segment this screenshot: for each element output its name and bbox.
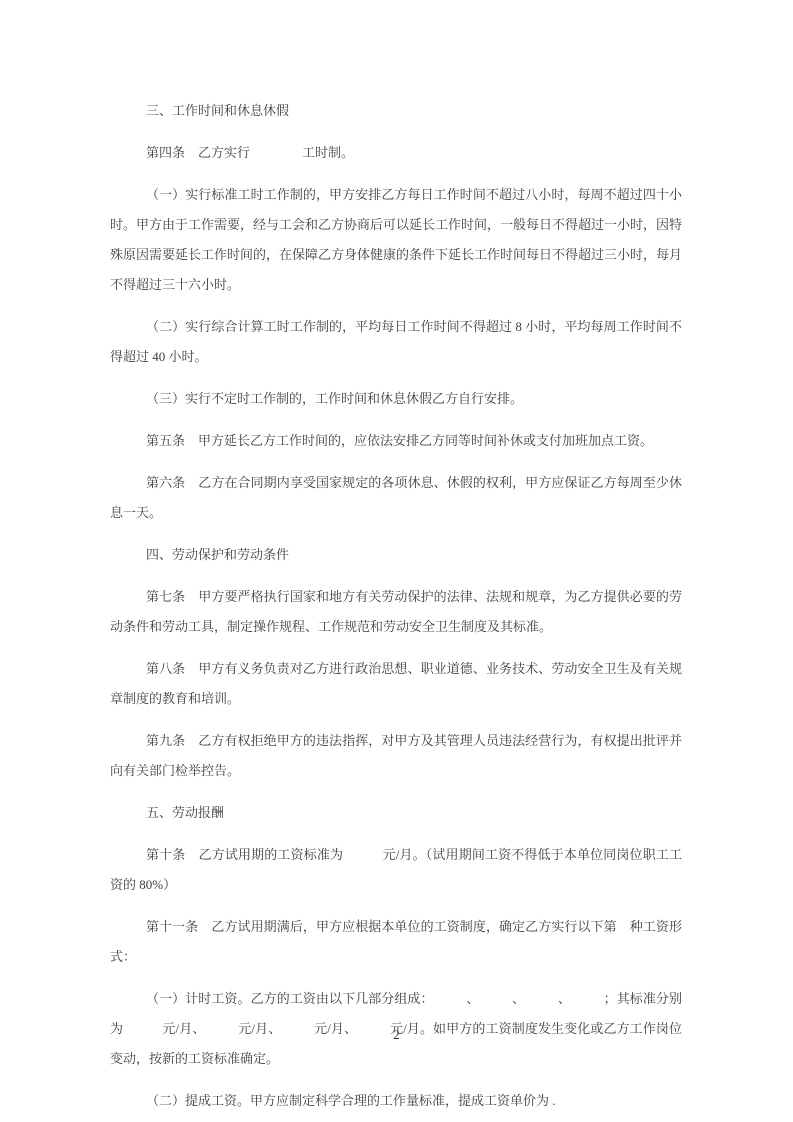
section-heading-labor-protection: 四、劳动保护和劳动条件: [110, 540, 682, 570]
clause-4: 第四条 乙方实行 工时制。: [110, 138, 682, 168]
clause-11-item-2: （二）提成工资。甲方应制定科学合理的工作量标准，提成工资单价为 .: [110, 1086, 682, 1116]
clause-6: 第六条 乙方在合同期内享受国家规定的各项休息、休假的权利，甲方应保证乙方每周至少…: [110, 468, 682, 528]
clause-9: 第九条 乙方有权拒绝甲方的违法指挥，对甲方及其管理人员违法经营行为，有权提出批评…: [110, 726, 682, 786]
document-body: 三、工作时间和休息休假 第四条 乙方实行 工时制。 （一）实行标准工时工作制的，…: [110, 96, 682, 1122]
section-heading-work-hours: 三、工作时间和休息休假: [110, 96, 682, 126]
clause-8: 第八条 甲方有义务负责对乙方进行政治思想、职业道德、业务技术、劳动安全卫生及有关…: [110, 654, 682, 714]
clause-7: 第七条 甲方要严格执行国家和地方有关劳动保护的法律、法规和规章，为乙方提供必要的…: [110, 582, 682, 642]
page-number: 2: [0, 1026, 793, 1044]
clause-4-item-2: （二）实行综合计算工时工作制的，平均每日工作时间不得超过 8 小时，平均每周工作…: [110, 312, 682, 372]
clause-4-item-3: （三）实行不定时工作制的，工作时间和休息休假乙方自行安排。: [110, 384, 682, 414]
clause-4-item-1: （一）实行标准工时工作制的，甲方安排乙方每日工作时间不超过八小时，每周不超过四十…: [110, 180, 682, 300]
clause-10: 第十条 乙方试用期的工资标准为 元/月。（试用期间工资不得低于本单位同岗位职工工…: [110, 840, 682, 900]
section-heading-labor-pay: 五、劳动报酬: [110, 798, 682, 828]
document-page: 三、工作时间和休息休假 第四条 乙方实行 工时制。 （一）实行标准工时工作制的，…: [0, 0, 793, 1122]
clause-5: 第五条 甲方延长乙方工作时间的，应依法安排乙方同等时间补休或支付加班加点工资。: [110, 426, 682, 456]
clause-11: 第十一条 乙方试用期满后，甲方应根据本单位的工资制度，确定乙方实行以下第 种工资…: [110, 912, 682, 972]
